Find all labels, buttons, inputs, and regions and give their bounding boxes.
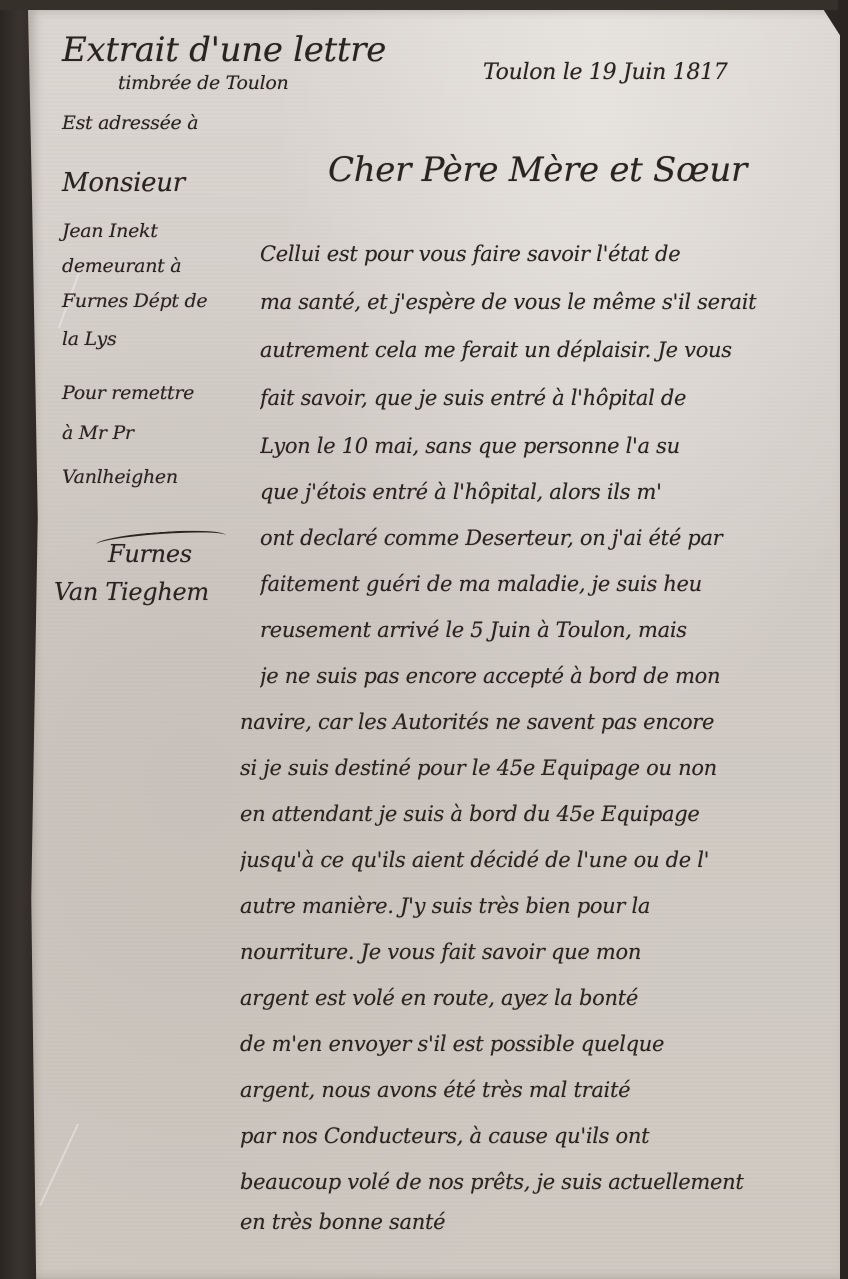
body-line: fait savoir, que je suis entré à l'hôpit… (260, 386, 848, 410)
body-line: en attendant je suis à bord du 45e Equip… (240, 802, 830, 826)
margin-line: timbrée de Toulon (118, 72, 288, 94)
margin-line: Jean Inekt (62, 220, 158, 242)
body-line: jusqu'à ce qu'ils aient décidé de l'une … (240, 848, 830, 872)
salutation-text: Cher Père Mère et Sœur (328, 150, 747, 190)
margin-line: Monsieur (62, 168, 185, 198)
body-line: autre manière. J'y suis très bien pour l… (240, 894, 830, 918)
margin-line: demeurant à (62, 255, 181, 277)
margin-line: à Mr Pr (62, 422, 134, 444)
margin-line: Pour remettre (62, 382, 194, 404)
body-line: autrement cela me ferait un déplaisir. J… (260, 338, 848, 362)
body-line: si je suis destiné pour le 45e Equipage … (240, 756, 830, 780)
body-line: ma santé, et j'espère de vous le même s'… (260, 290, 848, 314)
body-line: argent est volé en route, ayez la bonté (240, 986, 830, 1010)
paper-crease (39, 1124, 79, 1206)
body-line: par nos Conducteurs, à cause qu'ils ont (240, 1124, 830, 1148)
margin-line: Extrait d'une lettre (62, 30, 386, 70)
margin-signature-name: Van Tieghem (54, 578, 209, 606)
body-line: ont declaré comme Deserteur, on j'ai été… (260, 526, 848, 550)
dark-background-top (0, 0, 848, 10)
body-line: que j'étois entré à l'hôpital, alors ils… (260, 480, 848, 504)
margin-line: Furnes Dépt de (62, 290, 207, 312)
body-line: argent, nous avons été très mal traité (240, 1078, 830, 1102)
margin-signature-place: Furnes (108, 540, 192, 568)
body-line: de m'en envoyer s'il est possible quelqu… (240, 1032, 830, 1056)
body-line: Lyon le 10 mai, sans que personne l'a su (260, 434, 848, 458)
salutation: Cher Père Mère et Sœur (328, 150, 747, 190)
body-line: Cellui est pour vous faire savoir l'état… (260, 242, 848, 266)
body-line: navire, car les Autorités ne savent pas … (240, 710, 830, 734)
body-line: faitement guéri de ma maladie, je suis h… (260, 572, 848, 596)
place-and-date: Toulon le 19 Juin 1817 (483, 60, 727, 85)
body-line: reusement arrivé le 5 Juin à Toulon, mai… (260, 618, 848, 642)
margin-line: Vanlheighen (62, 466, 178, 488)
letter-paper: Extrait d'une lettre timbrée de Toulon E… (28, 10, 840, 1279)
margin-line: la Lys (62, 328, 116, 350)
body-line: en très bonne santé (240, 1210, 830, 1234)
margin-line: Est adressée à (62, 112, 198, 134)
margin-line-text: Extrait d'une lettre (62, 30, 386, 70)
body-line: beaucoup volé de nos prêts, je suis actu… (240, 1170, 830, 1194)
body-line: nourriture. Je vous fait savoir que mon (240, 940, 830, 964)
photo-frame: Extrait d'une lettre timbrée de Toulon E… (0, 0, 848, 1279)
body-line: je ne suis pas encore accepté à bord de … (260, 664, 848, 688)
